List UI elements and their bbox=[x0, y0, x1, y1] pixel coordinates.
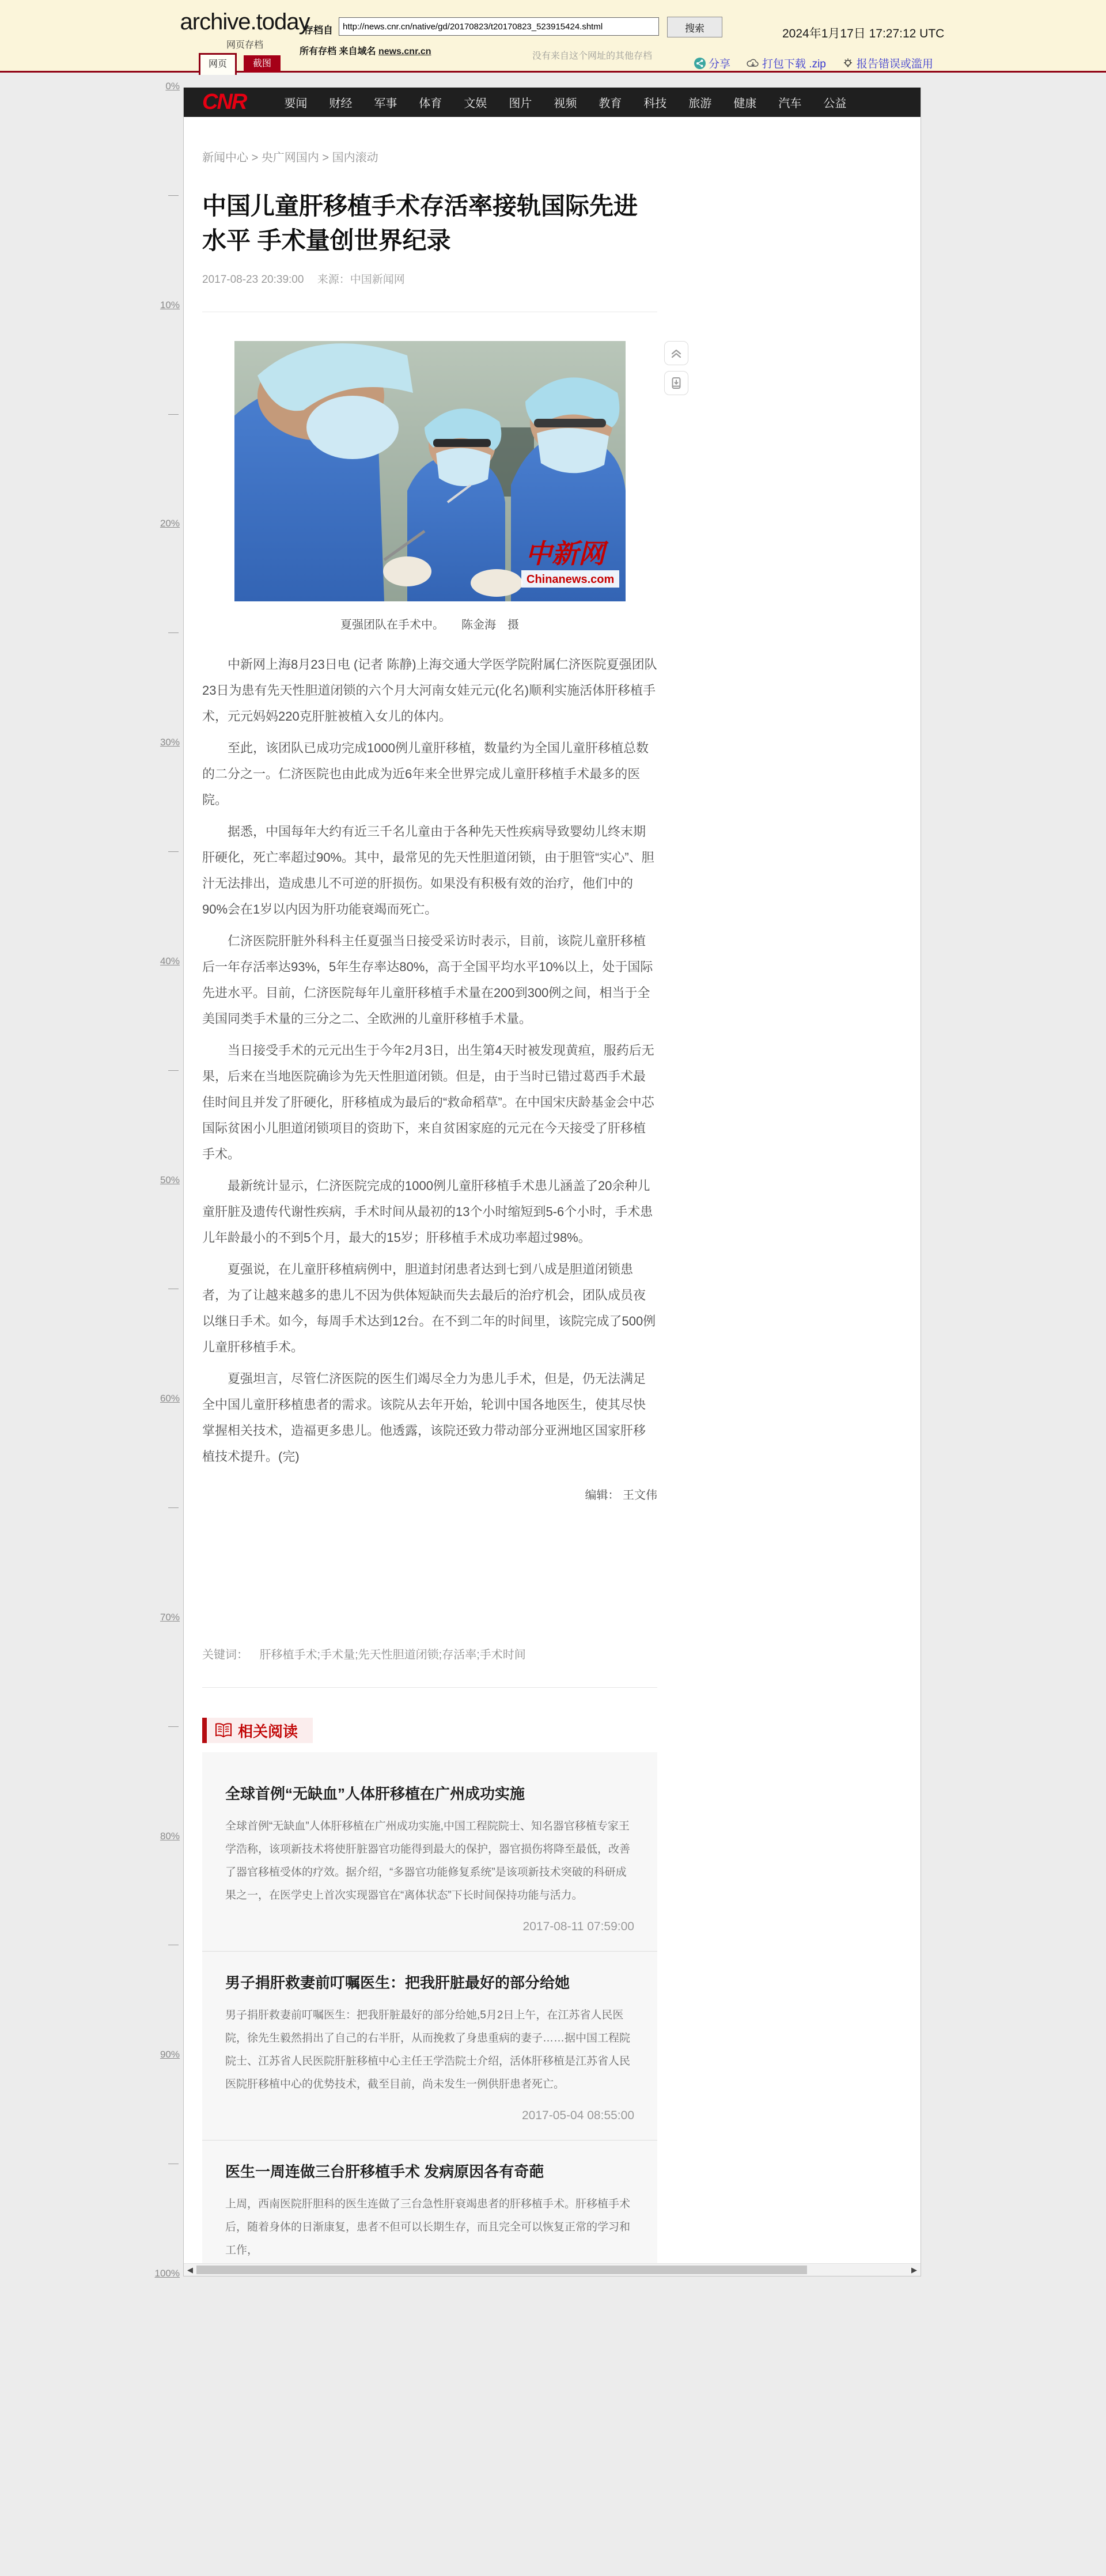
tab-screenshot[interactable]: 截图 bbox=[244, 55, 281, 73]
ruler-label-80[interactable]: 80% bbox=[138, 1831, 180, 1842]
archive-url-input[interactable] bbox=[339, 17, 659, 36]
cnr-nav-item[interactable]: 健康 bbox=[733, 94, 756, 111]
cnr-nav-item[interactable]: 教育 bbox=[599, 94, 622, 111]
report-abuse-link[interactable]: 报告错误或滥用 bbox=[842, 55, 933, 71]
article-paragraph: 据悉，中国每年大约有近三千名儿童由于各种先天性疾病导致婴幼儿终末期肝硬化，死亡率… bbox=[202, 819, 657, 922]
breadcrumb-cnr-domestic[interactable]: 央广网国内 bbox=[262, 151, 319, 164]
editor-line: 编辑： 王文伟 bbox=[202, 1486, 657, 1502]
ruler-label-0[interactable]: 0% bbox=[138, 81, 180, 92]
cnr-nav-item[interactable]: 文娱 bbox=[464, 94, 487, 111]
keywords-divider bbox=[202, 1687, 657, 1688]
share-icon bbox=[694, 58, 706, 69]
horizontal-scrollbar[interactable]: ◀ ▶ bbox=[184, 2263, 921, 2276]
ruler-dash bbox=[168, 1945, 179, 1945]
scroll-left-arrow[interactable]: ◀ bbox=[185, 2264, 195, 2276]
article-paragraph: 当日接受手术的元元出生于今年2月3日，出生第4天时被发现黄疸，服药后无果，后来在… bbox=[202, 1037, 657, 1167]
article-paragraph: 中新网上海8月23日电 (记者 陈静)上海交通大学医学院附属仁济医院夏强团队23… bbox=[202, 651, 657, 729]
related-reading-list: 全球首例“无缺血”人体肝移植在广州成功实施 全球首例“无缺血”人体肝移植在广州成… bbox=[202, 1752, 657, 2276]
ruler-label-60[interactable]: 60% bbox=[138, 1393, 180, 1404]
ruler-label-10[interactable]: 10% bbox=[138, 300, 180, 311]
cnr-nav-item[interactable]: 公益 bbox=[823, 94, 846, 111]
tab-webpage[interactable]: 网页 bbox=[199, 53, 237, 75]
chevrons-up-icon bbox=[669, 346, 683, 360]
ruler-dash bbox=[168, 2164, 179, 2164]
ruler-dash bbox=[168, 195, 179, 196]
editor-label: 编辑： bbox=[585, 1489, 619, 1502]
download-label: 打包下载 .zip bbox=[762, 55, 826, 71]
from-domain-label: 来自域名 bbox=[339, 47, 376, 56]
saved-from-label: 存档自 bbox=[304, 22, 333, 36]
ruler-label-100[interactable]: 100% bbox=[138, 2268, 180, 2279]
ruler-label-40[interactable]: 40% bbox=[138, 956, 180, 967]
breadcrumb: 新闻中心 > 央广网国内 > 国内滚动 bbox=[202, 148, 657, 165]
related-reading-header: 相关阅读 bbox=[202, 1718, 657, 1743]
ruler-label-50[interactable]: 50% bbox=[138, 1175, 180, 1186]
archive-header: archive.today 网页存档 存档自 搜索 2024年1月17日 17:… bbox=[0, 0, 1106, 73]
no-other-archives-note: 没有来自这个网址的其他存档 bbox=[532, 48, 652, 62]
watermark-cn: 中新网 bbox=[525, 539, 609, 569]
ruler-dash bbox=[168, 414, 179, 415]
ruler-label-70[interactable]: 70% bbox=[138, 1612, 180, 1623]
cnr-nav-item[interactable]: 汽车 bbox=[778, 94, 801, 111]
meta-divider bbox=[202, 312, 657, 312]
ruler-label-90[interactable]: 90% bbox=[138, 2049, 180, 2060]
watermark-en: Chinanews.com bbox=[527, 573, 614, 586]
related-article-excerpt: 全球首例“无缺血”人体肝移植在广州成功实施,中国工程院院士、知名器官移植专家王学… bbox=[225, 1815, 634, 1907]
related-article-item: 全球首例“无缺血”人体肝移植在广州成功实施 全球首例“无缺血”人体肝移植在广州成… bbox=[225, 1782, 634, 1934]
article-paragraph: 至此，该团队已成功完成1000例儿童肝移植，数量约为全国儿童肝移植总数的二分之一… bbox=[202, 735, 657, 813]
ruler-label-20[interactable]: 20% bbox=[138, 518, 180, 529]
related-article-title[interactable]: 全球首例“无缺血”人体肝移植在广州成功实施 bbox=[225, 1782, 634, 1804]
cnr-nav-item[interactable]: 图片 bbox=[509, 94, 532, 111]
domain-link[interactable]: news.cnr.cn bbox=[378, 47, 431, 56]
ruler-dash bbox=[168, 1507, 179, 1508]
ruler-dash bbox=[168, 632, 179, 633]
archive-site-name[interactable]: archive.today bbox=[173, 9, 317, 35]
cnr-nav-item[interactable]: 视频 bbox=[554, 94, 577, 111]
related-article-item: 医生一周连做三台肝移植手术 发病原因各有奇葩 上周，西南医院肝胆科的医生连做了三… bbox=[225, 2140, 634, 2276]
share-label: 分享 bbox=[709, 55, 730, 71]
back-to-top-button[interactable] bbox=[664, 341, 688, 365]
snapshot-timestamp: 2024年1月17日 17:27:12 UTC bbox=[782, 24, 944, 41]
mobile-download-icon bbox=[669, 376, 683, 390]
cnr-logo[interactable]: CNR bbox=[202, 90, 246, 115]
article-paragraph: 仁济医院肝脏外科科主任夏强当日接受采访时表示，目前，该院儿童肝移植后一年存活率达… bbox=[202, 928, 657, 1032]
surgery-photo-illustration: 中新网 Chinanews.com bbox=[234, 341, 626, 601]
related-red-bar bbox=[202, 1718, 207, 1743]
keywords-value: 肝移植手术;手术量;先天性胆道闭锁;存活率;手术时间 bbox=[260, 1649, 526, 1661]
lightbulb-icon bbox=[842, 58, 854, 69]
ruler-dash bbox=[168, 1070, 179, 1071]
ruler-dash bbox=[168, 1289, 179, 1289]
breadcrumb-domestic-rolling[interactable]: 国内滚动 bbox=[332, 151, 378, 164]
breadcrumb-separator: > bbox=[252, 151, 259, 164]
article-date: 2017-08-23 20:39:00 bbox=[202, 274, 304, 286]
breadcrumb-news-center[interactable]: 新闻中心 bbox=[202, 151, 248, 164]
breadcrumb-separator: > bbox=[322, 151, 329, 164]
related-item-divider bbox=[202, 2140, 657, 2141]
article-title: 中国儿童肝移植手术存活率接轨国际先进水平 手术量创世界纪录 bbox=[202, 189, 657, 258]
ruler-dash bbox=[168, 851, 179, 852]
open-book-icon bbox=[215, 1723, 232, 1738]
cnr-nav-items: 要闻 财经 军事 体育 文娱 图片 视频 教育 科技 旅游 健康 汽车 公益 bbox=[284, 94, 846, 111]
keywords-label: 关键词： bbox=[202, 1649, 248, 1661]
related-article-item: 男子捐肝救妻前叮嘱医生：把我肝脏最好的部分给她 男子捐肝救妻前叮嘱医生：把我肝脏… bbox=[225, 1951, 634, 2123]
mobile-download-button[interactable] bbox=[664, 371, 688, 395]
cloud-download-icon bbox=[747, 58, 759, 69]
article-body: 中新网上海8月23日电 (记者 陈静)上海交通大学医学院附属仁济医院夏强团队23… bbox=[202, 651, 657, 1469]
archive-subtitle: 网页存档 bbox=[173, 37, 317, 51]
photo-caption: 夏强团队在手术中。 陈金海 摄 bbox=[202, 615, 657, 632]
archive-logo[interactable]: archive.today 网页存档 bbox=[173, 9, 317, 51]
article-paragraph: 最新统计显示，仁济医院完成的1000例儿童肝移植手术患儿涵盖了20余种儿童肝脏及… bbox=[202, 1173, 657, 1251]
scrollbar-thumb[interactable] bbox=[196, 2266, 807, 2274]
floating-tools bbox=[664, 341, 688, 401]
related-article-title[interactable]: 医生一周连做三台肝移植手术 发病原因各有奇葩 bbox=[225, 2160, 634, 2181]
article-source: 来源：中国新闻网 bbox=[317, 274, 405, 286]
all-archives-label: 所有存档 bbox=[300, 47, 336, 56]
related-item-divider bbox=[202, 1951, 657, 1952]
cnr-nav-item[interactable]: 财经 bbox=[329, 94, 352, 111]
share-link[interactable]: 分享 bbox=[694, 55, 730, 71]
related-article-date: 2017-05-04 08:55:00 bbox=[225, 2109, 634, 2123]
related-reading-title: 相关阅读 bbox=[238, 1720, 298, 1741]
cnr-nav-item[interactable]: 科技 bbox=[643, 94, 666, 111]
archive-actions: 分享 打包下载 .zip 报告错误或滥用 bbox=[694, 55, 933, 71]
article-paragraph: 夏强说，在儿童肝移植病例中，胆道封闭患者达到七到八成是胆道闭锁患者，为了让越来越… bbox=[202, 1256, 657, 1360]
article-photo: 中新网 Chinanews.com bbox=[234, 341, 626, 601]
archived-page-frame: CNR 要闻 财经 军事 体育 文娱 图片 视频 教育 科技 旅游 健康 汽车 … bbox=[183, 88, 921, 2276]
download-zip-link[interactable]: 打包下载 .zip bbox=[747, 55, 826, 71]
editor-name: 王文伟 bbox=[623, 1489, 657, 1502]
scroll-right-arrow[interactable]: ▶ bbox=[909, 2264, 919, 2276]
all-archives-line: 所有存档 来自域名 news.cnr.cn bbox=[300, 44, 431, 57]
search-button[interactable]: 搜索 bbox=[667, 17, 722, 37]
article-paragraph: 夏强坦言，尽管仁济医院的医生们竭尽全力为患儿手术，但是，仍无法满足全中国儿童肝移… bbox=[202, 1366, 657, 1469]
ruler-dash bbox=[168, 1726, 179, 1727]
related-article-date: 2017-08-11 07:59:00 bbox=[225, 1920, 634, 1934]
cnr-nav-item[interactable]: 军事 bbox=[374, 94, 397, 111]
article-meta: 2017-08-23 20:39:00 来源：中国新闻网 bbox=[202, 271, 657, 286]
related-article-excerpt: 上周，西南医院肝胆科的医生连做了三台急性肝衰竭患者的肝移植手术。肝移植手术后，随… bbox=[225, 2193, 634, 2262]
keywords-line: 关键词： 肝移植手术;手术量;先天性胆道闭锁;存活率;手术时间 bbox=[202, 1645, 657, 1662]
related-article-excerpt: 男子捐肝救妻前叮嘱医生：把我肝脏最好的部分给她,5月2日上午，在江苏省人民医院，… bbox=[225, 2004, 634, 2096]
cnr-nav-item[interactable]: 要闻 bbox=[284, 94, 307, 111]
ruler-label-30[interactable]: 30% bbox=[138, 737, 180, 748]
cnr-nav-item[interactable]: 旅游 bbox=[688, 94, 711, 111]
cnr-nav-item[interactable]: 体育 bbox=[419, 94, 442, 111]
cnr-top-nav: CNR 要闻 财经 军事 体育 文娱 图片 视频 教育 科技 旅游 健康 汽车 … bbox=[184, 88, 921, 117]
related-article-title[interactable]: 男子捐肝救妻前叮嘱医生：把我肝脏最好的部分给她 bbox=[225, 1971, 634, 1992]
report-label: 报告错误或滥用 bbox=[857, 55, 933, 71]
